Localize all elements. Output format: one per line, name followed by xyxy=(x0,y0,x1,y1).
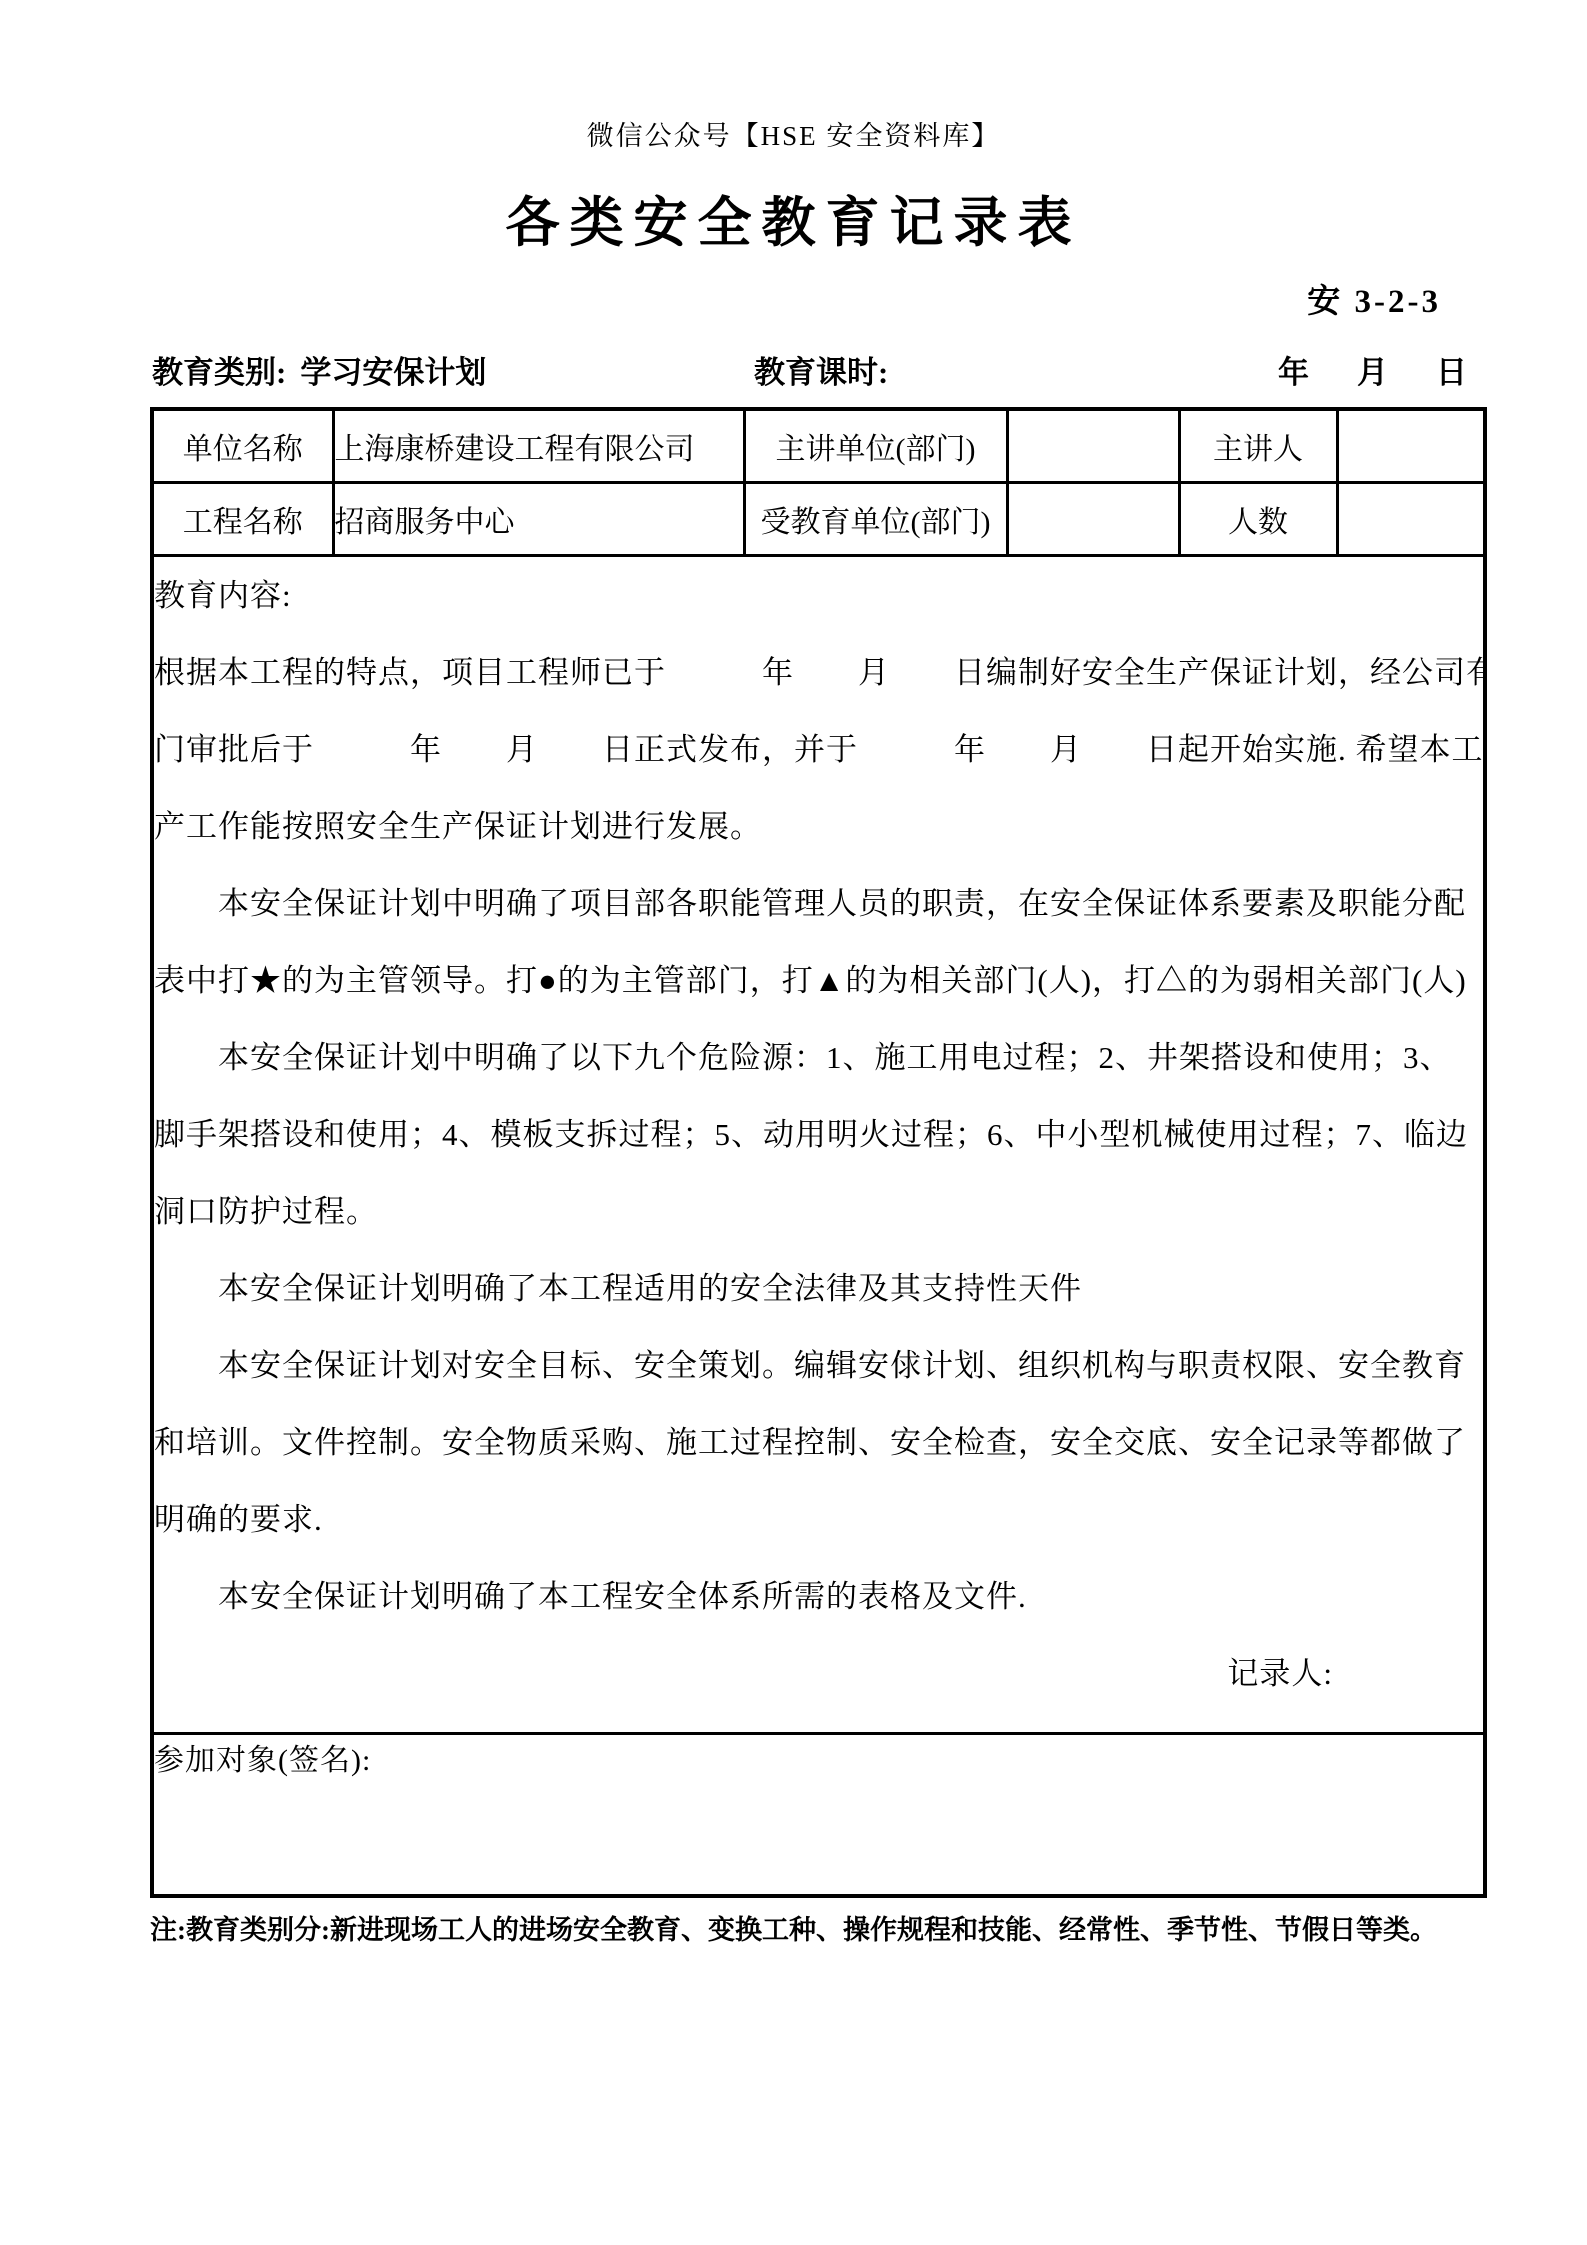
lecturer-value xyxy=(1337,409,1485,482)
form-code: 安 3-2-3 xyxy=(150,283,1483,321)
date-month-label: 月 xyxy=(1357,355,1388,390)
signature-label: 参加对象(签名): xyxy=(154,1744,371,1777)
content-line: 表中打★的为主管领导。打●的为主管部门，打▲的为相关部门(人)，打△的为弱相关部… xyxy=(154,942,1483,1019)
record-table: 单位名称 上海康桥建设工程有限公司 主讲单位(部门) 主讲人 工程名称 招商服务… xyxy=(150,407,1487,1898)
educated-unit-value xyxy=(1007,482,1179,555)
table-row-signature: 参加对象(签名): xyxy=(152,1733,1485,1896)
lecturer-label: 主讲人 xyxy=(1179,409,1337,482)
content-line: 产工作能按照安全生产保证计划进行发展。 xyxy=(154,788,1483,865)
content-line: 和培训。文件控制。安全物质采购、施工过程控制、安全检查，安全交底、安全记录等都做… xyxy=(154,1404,1483,1481)
content-line: 洞口防护过程。 xyxy=(154,1173,1483,1250)
category-field: 教育类别:学习安保计划 xyxy=(152,347,486,392)
date-blanks: 年月日 xyxy=(1278,347,1467,392)
table-row-content: 教育内容: 根据本工程的特点，项目工程师已于 年 月 日编制好安全生产保证计划，… xyxy=(152,555,1485,1733)
content-line: 本安全保证计划中明确了以下九个危险源：1、施工用电过程；2、井架搭设和使用；3、 xyxy=(154,1019,1483,1096)
footnote: 注:教育类别分:新进现场工人的进场安全教育、变换工种、操作规程和技能、经常性、季… xyxy=(150,1912,1510,1948)
table-row-unit: 单位名称 上海康桥建设工程有限公司 主讲单位(部门) 主讲人 xyxy=(152,409,1485,482)
signature-cell: 参加对象(签名): xyxy=(152,1733,1485,1896)
content-line: 脚手架搭设和使用；4、模板支拆过程；5、动用明火过程；6、中小型机械使用过程；7… xyxy=(154,1096,1483,1173)
headcount-value xyxy=(1337,482,1485,555)
content-line: 本安全保证计划对安全目标、安全策划。编辑安俅计划、组织机构与职责权限、安全教育 xyxy=(154,1327,1483,1404)
education-content-heading: 教育内容: xyxy=(154,557,1483,634)
date-year-label: 年 xyxy=(1278,355,1309,390)
form-meta-row: 教育类别:学习安保计划 教育课时: 年月日 xyxy=(150,347,1483,389)
watermark-text: 微信公众号【HSE 安全资料库】 xyxy=(0,0,1587,153)
lecturer-unit-value xyxy=(1007,409,1179,482)
project-name-label: 工程名称 xyxy=(152,482,333,555)
educated-unit-label: 受教育单位(部门) xyxy=(744,482,1007,555)
hours-label: 教育课时: xyxy=(754,347,888,392)
table-row-project: 工程名称 招商服务中心 受教育单位(部门) 人数 xyxy=(152,482,1485,555)
content-line: 根据本工程的特点，项目工程师已于 年 月 日编制好安全生产保证计划，经公司有关部 xyxy=(154,634,1483,711)
lecturer-unit-label: 主讲单位(部门) xyxy=(744,409,1007,482)
form-title: 各类安全教育记录表 xyxy=(0,191,1587,255)
content-line: 本安全保证计划中明确了项目部各职能管理人员的职责，在安全保证体系要素及职能分配 xyxy=(154,865,1483,942)
content-line: 门审批后于 年 月 日正式发布，并于 年 月 日起开始实施. 希望本工程的安全生 xyxy=(154,711,1483,788)
date-day-label: 日 xyxy=(1436,355,1467,390)
content-line: 本安全保证计划明确了本工程适用的安全法律及其支持性天件 xyxy=(154,1250,1483,1327)
headcount-label: 人数 xyxy=(1179,482,1337,555)
unit-name-label: 单位名称 xyxy=(152,409,333,482)
education-content-cell: 教育内容: 根据本工程的特点，项目工程师已于 年 月 日编制好安全生产保证计划，… xyxy=(152,555,1485,1733)
category-label: 教育类别: xyxy=(152,355,286,390)
unit-name-value: 上海康桥建设工程有限公司 xyxy=(333,409,744,482)
category-value: 学习安保计划 xyxy=(300,355,486,390)
recorder-label: 记录人: xyxy=(154,1635,1483,1712)
document-page: { "page": { "watermark": "微信公众号【HSE 安全资料… xyxy=(0,0,1587,2245)
content-line: 本安全保证计划明确了本工程安全体系所需的表格及文件. xyxy=(154,1558,1483,1635)
content-line: 明确的要求. xyxy=(154,1481,1483,1558)
project-name-value: 招商服务中心 xyxy=(333,482,744,555)
